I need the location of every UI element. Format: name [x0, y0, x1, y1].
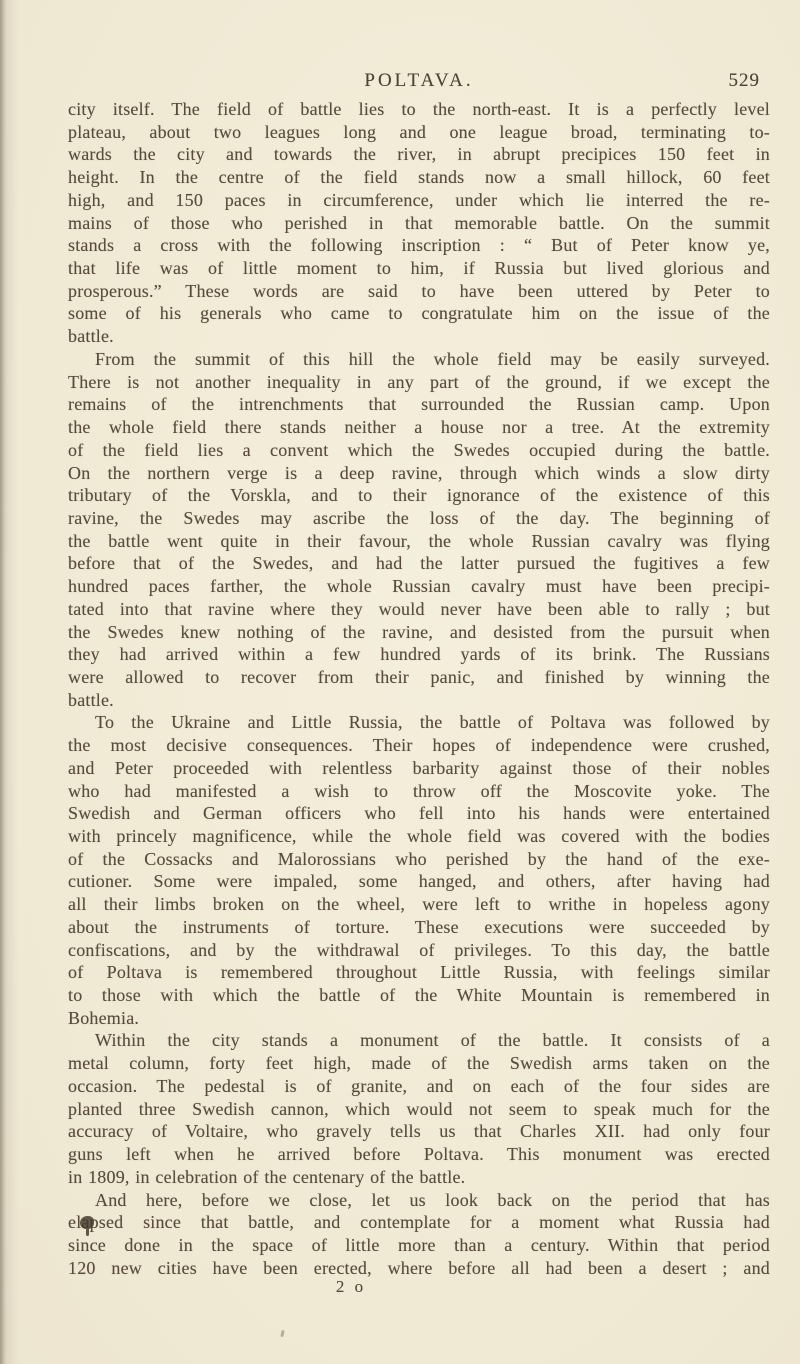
text-line: On the northern verge is a deep ravine, … [68, 462, 770, 485]
text-line: battle. [68, 689, 770, 712]
text-line: city itself. The field of battle lies to… [68, 98, 770, 121]
text-line: all their limbs broken on the wheel, wer… [68, 893, 770, 916]
text-line: of Poltava is remembered throughout Litt… [68, 961, 770, 984]
text-line: hundred paces farther, the whole Russian… [68, 575, 770, 598]
text-line: they had arrived within a few hundred ya… [68, 643, 770, 666]
paragraph-3: To the Ukraine and Little Russia, the ba… [68, 711, 770, 1029]
text-line: high, and 150 paces in circumference, un… [68, 189, 770, 212]
text-block: city itself. The field of battle lies to… [68, 98, 770, 1279]
text-line: before that of the Swedes, and had the l… [68, 552, 770, 575]
text-line: that life was of little moment to him, i… [68, 257, 770, 280]
text-line: accuracy of Voltaire, who gravely tells … [68, 1120, 770, 1143]
text-line: battle. [68, 325, 770, 348]
paragraph-5: And here, before we close, let us look b… [68, 1189, 770, 1280]
text-line: prosperous.” These words are said to hav… [68, 280, 770, 303]
text-line: From the summit of this hill the whole f… [68, 348, 770, 371]
text-line: And here, before we close, let us look b… [68, 1189, 770, 1212]
paragraph-1: city itself. The field of battle lies to… [68, 98, 770, 348]
text-line: with princely magnificence, while the wh… [68, 825, 770, 848]
text-line: and Peter proceeded with relentless barb… [68, 757, 770, 780]
text-line: mains of those who perished in that memo… [68, 212, 770, 235]
paper-speck-artifact [280, 1330, 284, 1337]
text-line: Swedish and German officers who fell int… [68, 802, 770, 825]
text-line: cutioner. Some were impaled, some hanged… [68, 870, 770, 893]
text-line: were allowed to recover from their panic… [68, 666, 770, 689]
text-line: who had manifested a wish to throw off t… [68, 780, 770, 803]
page-number: 529 [729, 70, 761, 92]
text-line: some of his generals who came to congrat… [68, 302, 770, 325]
text-line: Within the city stands a monument of the… [68, 1029, 770, 1052]
text-line: tributary of the Vorskla, and to their i… [68, 484, 770, 507]
text-line: of the Cossacks and Malorossians who per… [68, 848, 770, 871]
ink-blot-artifact [80, 1216, 94, 1229]
text-line: wards the city and towards the river, in… [68, 143, 770, 166]
text-line: tated into that ravine where they would … [68, 598, 770, 621]
text-line: elapsed since that battle, and contempla… [68, 1211, 770, 1234]
text-line: since done in the space of little more t… [68, 1234, 770, 1257]
text-line: 120 new cities have been erected, where … [68, 1257, 770, 1280]
signature-mark: 2 o [311, 1277, 391, 1297]
text-line: stands a cross with the following inscri… [68, 234, 770, 257]
text-line: metal column, forty feet high, made of t… [68, 1052, 770, 1075]
text-line: planted three Swedish cannon, which woul… [68, 1098, 770, 1121]
text-line: There is not another inequality in any p… [68, 371, 770, 394]
text-line: Bohemia. [68, 1007, 770, 1030]
text-line: in 1809, in celebration of the centenary… [68, 1166, 770, 1189]
scanned-book-page: POLTAVA. 529 city itself. The field of b… [0, 0, 800, 1364]
text-line: confiscations, and by the withdrawal of … [68, 939, 770, 962]
text-line: ravine, the Swedes may ascribe the loss … [68, 507, 770, 530]
text-line: the Swedes knew nothing of the ravine, a… [68, 621, 770, 644]
text-line: height. In the centre of the field stand… [68, 166, 770, 189]
text-line: the battle went quite in their favour, t… [68, 530, 770, 553]
text-line: plateau, about two leagues long and one … [68, 121, 770, 144]
paragraph-2: From the summit of this hill the whole f… [68, 348, 770, 712]
text-line: guns left when he arrived before Poltava… [68, 1143, 770, 1166]
text-line: the whole field there stands neither a h… [68, 416, 770, 439]
text-line: of the field lies a convent which the Sw… [68, 439, 770, 462]
text-line: To the Ukraine and Little Russia, the ba… [68, 711, 770, 734]
running-head-title: POLTAVA. [68, 70, 770, 92]
text-line: to those with which the battle of the Wh… [68, 984, 770, 1007]
page-gutter-shadow [0, 0, 5, 1364]
text-line: occasion. The pedestal is of granite, an… [68, 1075, 770, 1098]
paragraph-4: Within the city stands a monument of the… [68, 1029, 770, 1188]
text-line: about the instruments of torture. These … [68, 916, 770, 939]
text-line: the most decisive consequences. Their ho… [68, 734, 770, 757]
text-line: remains of the intrenchments that surrou… [68, 393, 770, 416]
page-header: POLTAVA. 529 [68, 70, 770, 94]
